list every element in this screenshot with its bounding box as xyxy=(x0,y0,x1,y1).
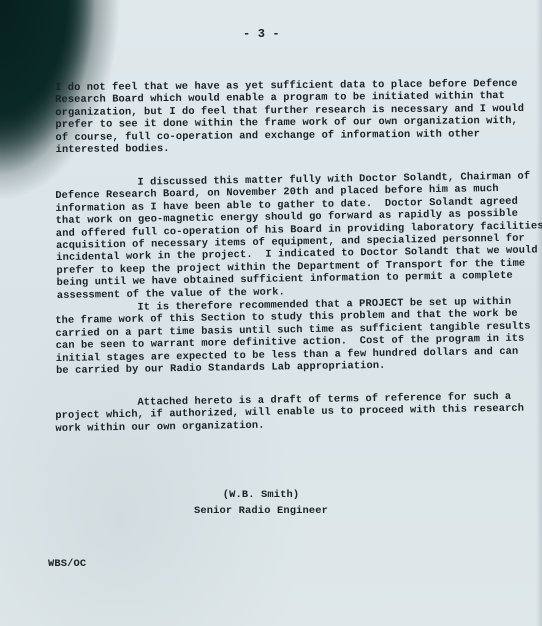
paragraph-4: Attached hereto is a draft of terms of r… xyxy=(55,391,524,436)
paragraph-3: It is therefore recommended that a PROJE… xyxy=(55,296,531,378)
page-number: - 3 - xyxy=(243,28,280,40)
signature-name: (W.B. Smith) xyxy=(0,489,532,501)
scan-edge xyxy=(536,0,542,626)
paragraph-1: I do not feel that we have as yet suffic… xyxy=(55,78,524,157)
paragraph-2: I discussed this matter fully with Docto… xyxy=(55,170,542,302)
signature-title: Senior Radio Engineer xyxy=(0,505,532,517)
reference-initials: WBS/OC xyxy=(48,558,86,570)
